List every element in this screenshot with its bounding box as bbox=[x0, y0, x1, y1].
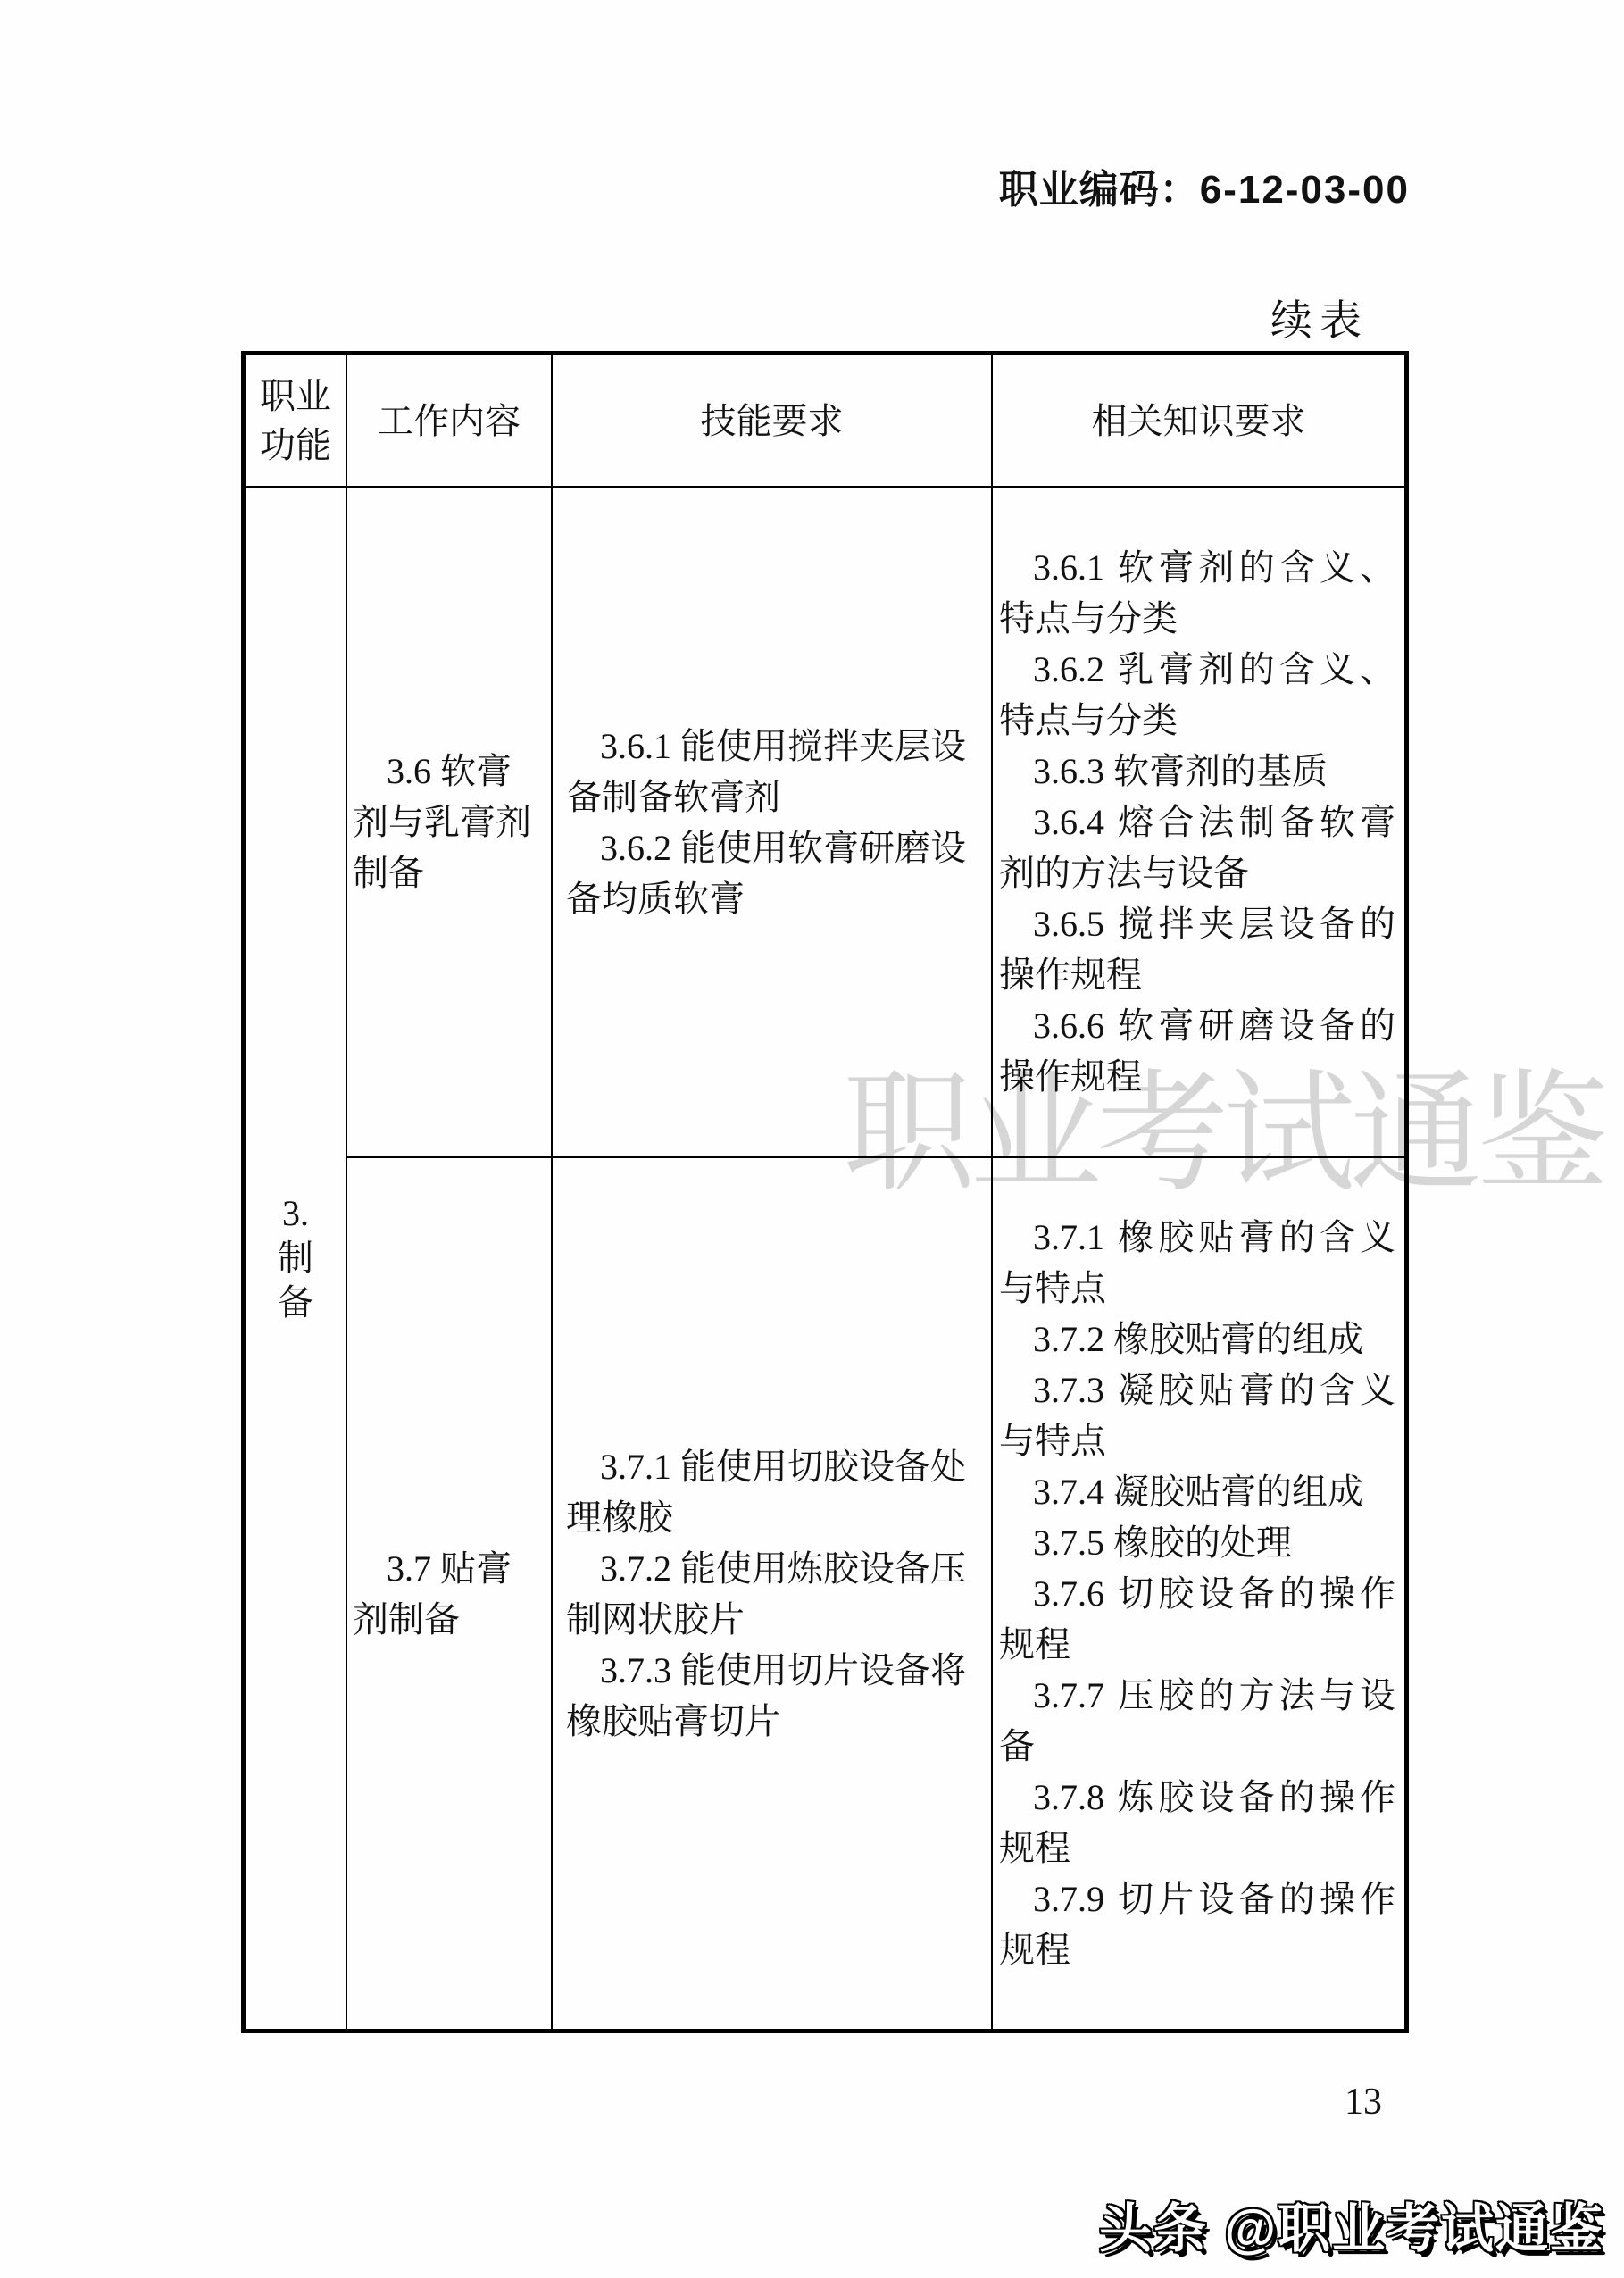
knowledge-cell-3-7: 3.7.1 橡胶贴膏的含义与特点 3.7.2 橡胶贴膏的组成 3.7.3 凝胶贴… bbox=[991, 1158, 1404, 2029]
skill-item: 3.6.1 能使用搅拌夹层设备制备软膏剂 bbox=[566, 721, 979, 822]
knowledge-item: 3.7.2 橡胶贴膏的组成 bbox=[999, 1314, 1395, 1364]
work-content-cell-3-6: 3.6 软膏剂与乳膏剂制备 bbox=[346, 488, 551, 1158]
skill-item: 3.7.1 能使用切胶设备处理橡胶 bbox=[566, 1441, 979, 1543]
header-work-content: 工作内容 bbox=[346, 355, 551, 488]
occupation-code: 职业编码：6-12-03-00 bbox=[999, 157, 1410, 214]
knowledge-item: 3.6.1 软膏剂的含义、特点与分类 bbox=[999, 542, 1395, 644]
footer-credit: 头条 @职业考试通鉴 bbox=[1099, 2186, 1604, 2262]
work-content-cell-3-7: 3.7 贴膏剂制备 bbox=[346, 1158, 551, 2029]
knowledge-item: 3.6.2 乳膏剂的含义、特点与分类 bbox=[999, 644, 1395, 746]
knowledge-item: 3.6.3 软膏剂的基质 bbox=[999, 746, 1395, 797]
occupation-code-label: 职业编码： bbox=[999, 168, 1200, 212]
continued-table-label: 续表 bbox=[1270, 288, 1369, 347]
knowledge-item: 3.6.5 搅拌夹层设备的操作规程 bbox=[999, 898, 1395, 1000]
knowledge-item: 3.6.4 熔合法制备软膏剂的方法与设备 bbox=[999, 797, 1395, 898]
knowledge-item: 3.7.1 橡胶贴膏的含义与特点 bbox=[999, 1212, 1395, 1314]
work-content-3-6: 3.6 软膏剂与乳膏剂制备 bbox=[353, 746, 540, 898]
skill-item: 3.7.3 能使用切片设备将橡胶贴膏切片 bbox=[566, 1645, 979, 1747]
work-content-3-7: 3.7 贴膏剂制备 bbox=[353, 1543, 540, 1645]
skill-item: 3.6.2 能使用软膏研磨设备均质软膏 bbox=[566, 822, 979, 924]
header-occupational-function-line1: 职业 bbox=[260, 371, 331, 421]
knowledge-item: 3.7.6 切胶设备的操作规程 bbox=[999, 1568, 1395, 1670]
header-skill-requirements-label: 技能要求 bbox=[701, 396, 844, 446]
knowledge-item: 3.7.8 炼胶设备的操作规程 bbox=[999, 1772, 1395, 1873]
knowledge-item: 3.7.7 压胶的方法与设备 bbox=[999, 1670, 1395, 1772]
page-number: 13 bbox=[1345, 2081, 1382, 2124]
function-number: 3. bbox=[282, 1191, 309, 1236]
document-page: 职业编码：6-12-03-00 续表 职业考试通鉴 职业 功能 工作内容 技能要… bbox=[0, 0, 1624, 2278]
knowledge-item: 3.7.5 橡胶的处理 bbox=[999, 1517, 1395, 1568]
knowledge-cell-3-6: 3.6.1 软膏剂的含义、特点与分类 3.6.2 乳膏剂的含义、特点与分类 3.… bbox=[991, 488, 1404, 1158]
knowledge-item: 3.7.4 凝胶贴膏的组成 bbox=[999, 1466, 1395, 1517]
header-work-content-label: 工作内容 bbox=[378, 396, 521, 446]
function-cell-preparation: 3. 制 备 bbox=[246, 488, 346, 2029]
header-knowledge-requirements: 相关知识要求 bbox=[991, 355, 1404, 488]
header-knowledge-requirements-label: 相关知识要求 bbox=[1092, 396, 1306, 446]
function-char-2: 备 bbox=[278, 1281, 313, 1325]
header-occupational-function: 职业 功能 bbox=[246, 355, 346, 488]
knowledge-item: 3.6.6 软膏研磨设备的操作规程 bbox=[999, 1000, 1395, 1102]
knowledge-item: 3.7.3 凝胶贴膏的含义与特点 bbox=[999, 1364, 1395, 1466]
header-occupational-function-line2: 功能 bbox=[260, 421, 331, 470]
skills-cell-3-7: 3.7.1 能使用切胶设备处理橡胶 3.7.2 能使用炼胶设备压制网状胶片 3.… bbox=[551, 1158, 991, 2029]
function-char-1: 制 bbox=[278, 1236, 313, 1281]
skills-cell-3-6: 3.6.1 能使用搅拌夹层设备制备软膏剂 3.6.2 能使用软膏研磨设备均质软膏 bbox=[551, 488, 991, 1158]
occupation-code-value: 6-12-03-00 bbox=[1200, 168, 1410, 212]
knowledge-item: 3.7.9 切片设备的操作规程 bbox=[999, 1873, 1395, 1975]
standard-table: 职业 功能 工作内容 技能要求 相关知识要求 3. 制 备 3.6 软膏剂与乳膏… bbox=[241, 351, 1409, 2033]
skill-item: 3.7.2 能使用炼胶设备压制网状胶片 bbox=[566, 1543, 979, 1645]
header-skill-requirements: 技能要求 bbox=[551, 355, 991, 488]
